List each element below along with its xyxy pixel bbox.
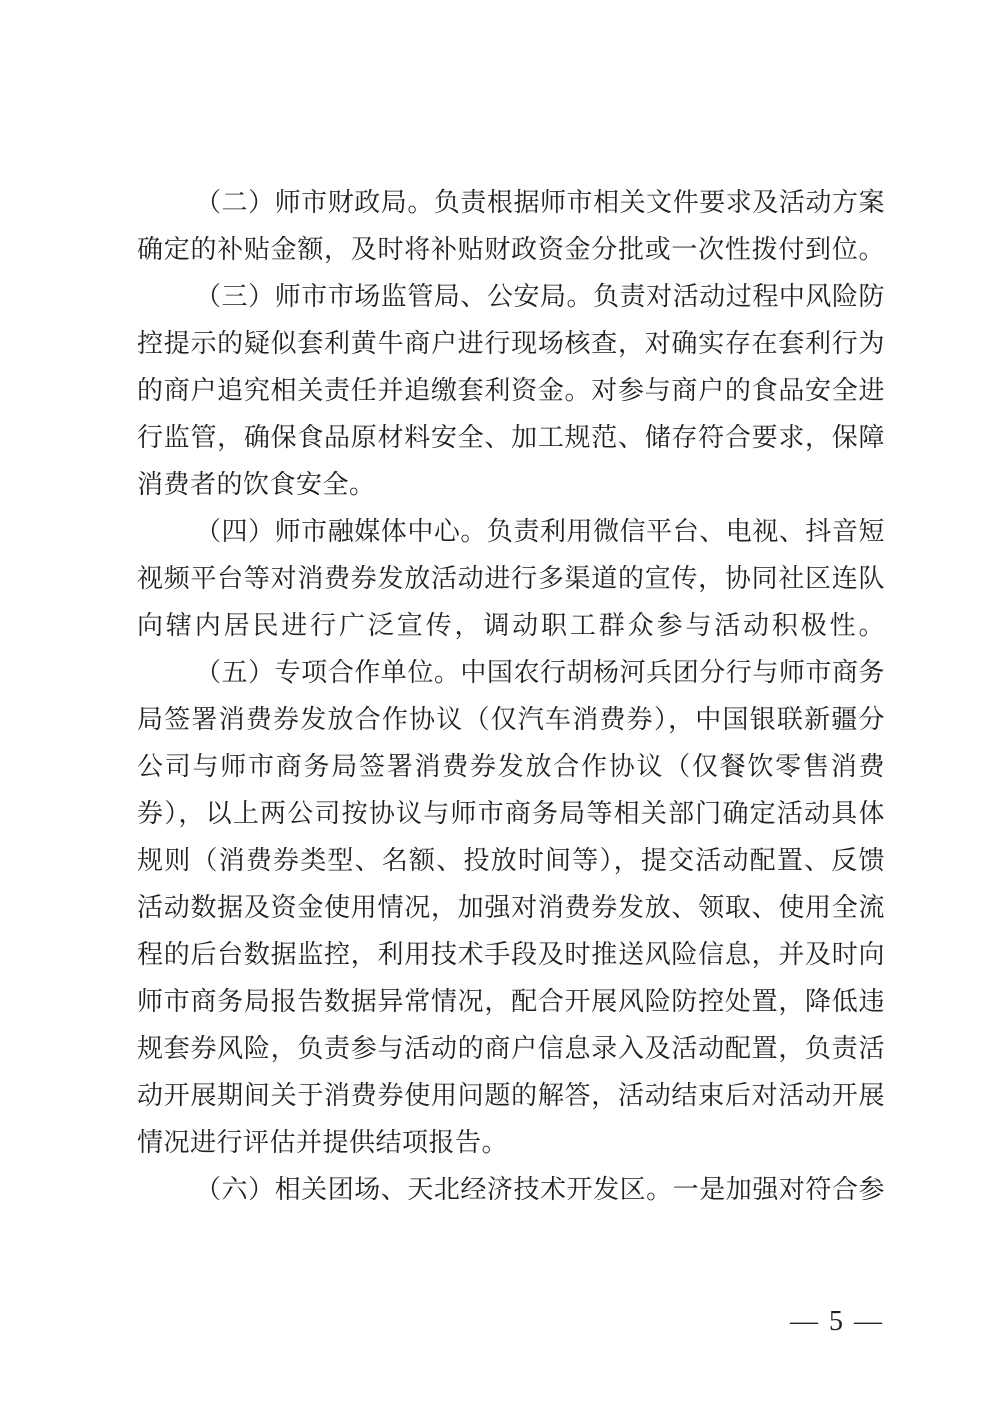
- section-2-paragraph: （二）师市财政局。负责根据师市相关文件要求及活动方案 确定的补贴金额，及时将补贴…: [137, 179, 885, 273]
- document-line: 行监管，确保食品原材料安全、加工规范、储存符合要求，保障: [137, 414, 885, 461]
- document-line: 情况进行评估并提供结项报告。: [137, 1119, 885, 1166]
- document-line: 的商户追究相关责任并追缴套利资金。对参与商户的食品安全进: [137, 367, 885, 414]
- document-line: 消费者的饮食安全。: [137, 461, 885, 508]
- section-6-paragraph: （六）相关团场、天北经济技术开发区。一是加强对符合参: [137, 1166, 885, 1213]
- document-line: 活动数据及资金使用情况，加强对消费券发放、领取、使用全流: [137, 884, 885, 931]
- document-line: 规则（消费券类型、名额、投放时间等），提交活动配置、反馈: [137, 837, 885, 884]
- document-line: （三）师市市场监管局、公安局。负责对活动过程中风险防: [137, 273, 885, 320]
- document-line: 程的后台数据监控，利用技术手段及时推送风险信息，并及时向: [137, 931, 885, 978]
- document-line: 公司与师市商务局签署消费券发放合作协议（仅餐饮零售消费: [137, 743, 885, 790]
- document-line: （六）相关团场、天北经济技术开发区。一是加强对符合参: [137, 1166, 885, 1213]
- document-line: （五）专项合作单位。中国农行胡杨河兵团分行与师市商务: [137, 649, 885, 696]
- document-line: 动开展期间关于消费券使用问题的解答，活动结束后对活动开展: [137, 1072, 885, 1119]
- page-number: — 5 —: [790, 1305, 884, 1339]
- section-5-paragraph: （五）专项合作单位。中国农行胡杨河兵团分行与师市商务 局签署消费券发放合作协议（…: [137, 649, 885, 1166]
- document-line: 局签署消费券发放合作协议（仅汽车消费券），中国银联新疆分: [137, 696, 885, 743]
- document-line: 券），以上两公司按协议与师市商务局等相关部门确定活动具体: [137, 790, 885, 837]
- document-line: （二）师市财政局。负责根据师市相关文件要求及活动方案: [137, 179, 885, 226]
- document-page: （二）师市财政局。负责根据师市相关文件要求及活动方案 确定的补贴金额，及时将补贴…: [0, 0, 1000, 1414]
- section-3-paragraph: （三）师市市场监管局、公安局。负责对活动过程中风险防 控提示的疑似套利黄牛商户进…: [137, 273, 885, 508]
- document-body: （二）师市财政局。负责根据师市相关文件要求及活动方案 确定的补贴金额，及时将补贴…: [137, 179, 885, 1213]
- document-line: 视频平台等对消费券发放活动进行多渠道的宣传，协同社区连队: [137, 555, 885, 602]
- document-line: 师市商务局报告数据异常情况，配合开展风险防控处置，降低违: [137, 978, 885, 1025]
- document-line: 确定的补贴金额，及时将补贴财政资金分批或一次性拨付到位。: [137, 226, 885, 273]
- section-4-paragraph: （四）师市融媒体中心。负责利用微信平台、电视、抖音短 视频平台等对消费券发放活动…: [137, 508, 885, 649]
- document-line: 规套券风险，负责参与活动的商户信息录入及活动配置，负责活: [137, 1025, 885, 1072]
- document-line: （四）师市融媒体中心。负责利用微信平台、电视、抖音短: [137, 508, 885, 555]
- document-line: 控提示的疑似套利黄牛商户进行现场核查，对确实存在套利行为: [137, 320, 885, 367]
- document-line: 向辖内居民进行广泛宣传，调动职工群众参与活动积极性。: [137, 602, 885, 649]
